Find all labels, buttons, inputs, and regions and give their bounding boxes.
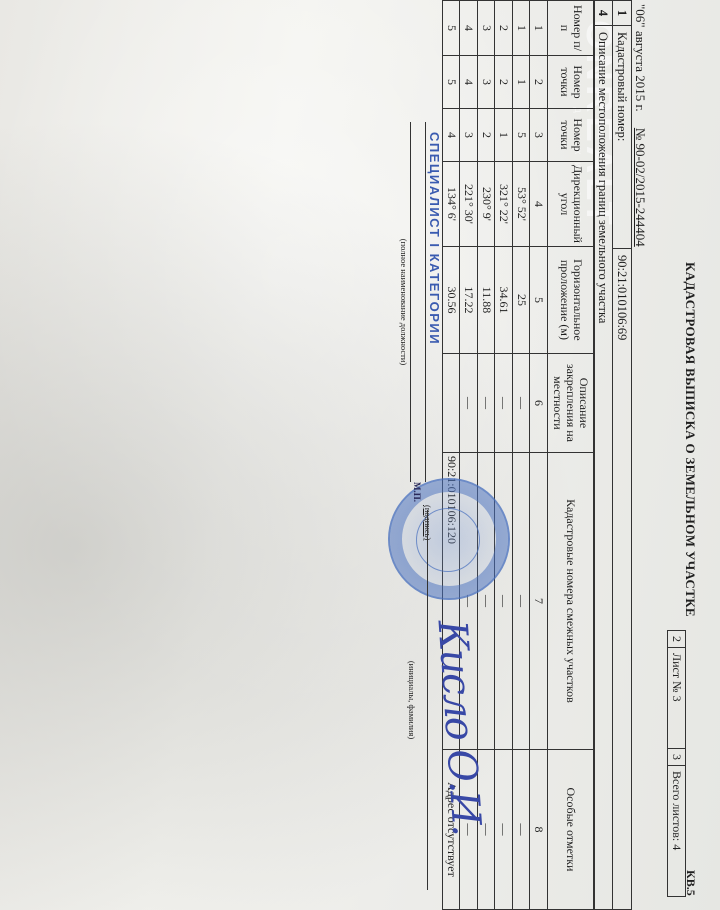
cell-index: 3: [478, 1, 496, 56]
cell-fixing: —: [478, 353, 496, 452]
col-header: Номер точки: [548, 56, 595, 109]
cell-point-from: 1: [513, 56, 531, 109]
cadastral-label: Кадастровый номер:: [613, 26, 632, 249]
cell-adjacent: —: [495, 452, 513, 749]
sheet-total: Всего листов: 4: [668, 766, 686, 897]
cell-point-to: 4: [443, 109, 461, 162]
col-number: 1: [530, 1, 548, 56]
cell-angle: 230° 9': [478, 162, 496, 247]
cell-point-from: 5: [443, 56, 461, 109]
table-row: 2 2 1 321° 22' 34.61 — — —: [495, 1, 513, 910]
col-header: Кадастровые номера смежных участков: [548, 452, 595, 749]
sheet-number: Лист № 3: [668, 648, 686, 749]
issue-date: "06" августа 2015 г.: [633, 4, 648, 112]
col-number: 4: [530, 162, 548, 247]
cell-distance: 34.61: [495, 246, 513, 353]
col-header: Дирекционный угол: [548, 162, 595, 247]
cell-point-to: 1: [495, 109, 513, 162]
sheet-col2: 2: [668, 631, 686, 648]
table-number-row: 1 2 3 4 5 6 7 8: [530, 1, 548, 910]
sheet-info: 2 Лист № 3 3 Всего листов: 4: [667, 630, 686, 897]
col-header: Описание закрепления на местности: [548, 353, 595, 452]
cell-distance: 25: [513, 246, 531, 353]
document-title: КАДАСТРОВАЯ ВЫПИСКА О ЗЕМЕЛЬНОМ УЧАСТКЕ: [682, 262, 698, 617]
cell-angle: 321° 22': [495, 162, 513, 247]
section4-index: 4: [594, 1, 613, 26]
cell-notes: —: [513, 749, 531, 909]
cell-point-to: 5: [513, 109, 531, 162]
cell-index: 2: [495, 1, 513, 56]
document-number: № 90-02/2015-244404: [633, 128, 648, 247]
cell-notes: —: [495, 749, 513, 909]
cell-index: 5: [443, 1, 461, 56]
col-header: Номер точки: [548, 109, 595, 162]
position-caption: (полное наименование должности): [399, 122, 411, 482]
cell-point-to: 2: [478, 109, 496, 162]
name-line: [427, 510, 450, 890]
name-caption: (инициалы, фамилия): [407, 510, 417, 890]
cadastral-number: 90:21:010106:69: [613, 249, 632, 910]
table-header-row: Номер п/п Номер точки Номер точки Дирекц…: [548, 1, 595, 910]
cell-distance: 11.88: [478, 246, 496, 353]
section4-title: Описание местоположения границ земельног…: [594, 26, 613, 910]
cell-distance: 17.22: [460, 246, 478, 353]
document-page: ONREALT недвижимость КАДАСТРОВАЯ ВЫПИСКА…: [0, 0, 720, 910]
col-header: Номер п/п: [548, 1, 595, 56]
col-header: Особые отметки: [548, 749, 595, 909]
cell-fixing: —: [513, 353, 531, 452]
cell-index: 4: [460, 1, 478, 56]
cell-fixing: —: [495, 353, 513, 452]
date-line: "06" августа 2015 г. № 90-02/2015-244404: [632, 4, 648, 247]
position-block: СПЕЦИАЛИСТ I КАТЕГОРИИ (полное наименова…: [399, 122, 442, 482]
cell-fixing: —: [460, 353, 478, 452]
table-row: 1 1 5 53° 52' 25 — — —: [513, 1, 531, 910]
cell-point-from: 2: [495, 56, 513, 109]
cell-index: 1: [513, 1, 531, 56]
cell-point-from: 3: [478, 56, 496, 109]
cell-fixing: [443, 353, 461, 452]
stamp-mp-label: М.П.: [412, 482, 422, 502]
cell-angle: 134° 6': [443, 162, 461, 247]
cell-point-to: 3: [460, 109, 478, 162]
cell-angle: 53° 52': [513, 162, 531, 247]
cell-point-from: 4: [460, 56, 478, 109]
col-number: 7: [530, 452, 548, 749]
header-table: 1 Кадастровый номер: 90:21:010106:69 4 О…: [593, 0, 632, 910]
row1-index: 1: [613, 1, 632, 26]
col-number: 8: [530, 749, 548, 909]
col-number: 5: [530, 246, 548, 353]
cell-distance: 30.56: [443, 246, 461, 353]
col-number: 6: [530, 353, 548, 452]
cell-angle: 221° 30': [460, 162, 478, 247]
col-number: 2: [530, 56, 548, 109]
official-position: СПЕЦИАЛИСТ I КАТЕГОРИИ: [425, 122, 442, 482]
name-block: (инициалы, фамилия): [407, 510, 450, 890]
sheet-col3: 3: [668, 749, 686, 766]
col-number: 3: [530, 109, 548, 162]
col-header: Горизонтальное проложение (м): [548, 246, 595, 353]
cell-adjacent: —: [513, 452, 531, 749]
